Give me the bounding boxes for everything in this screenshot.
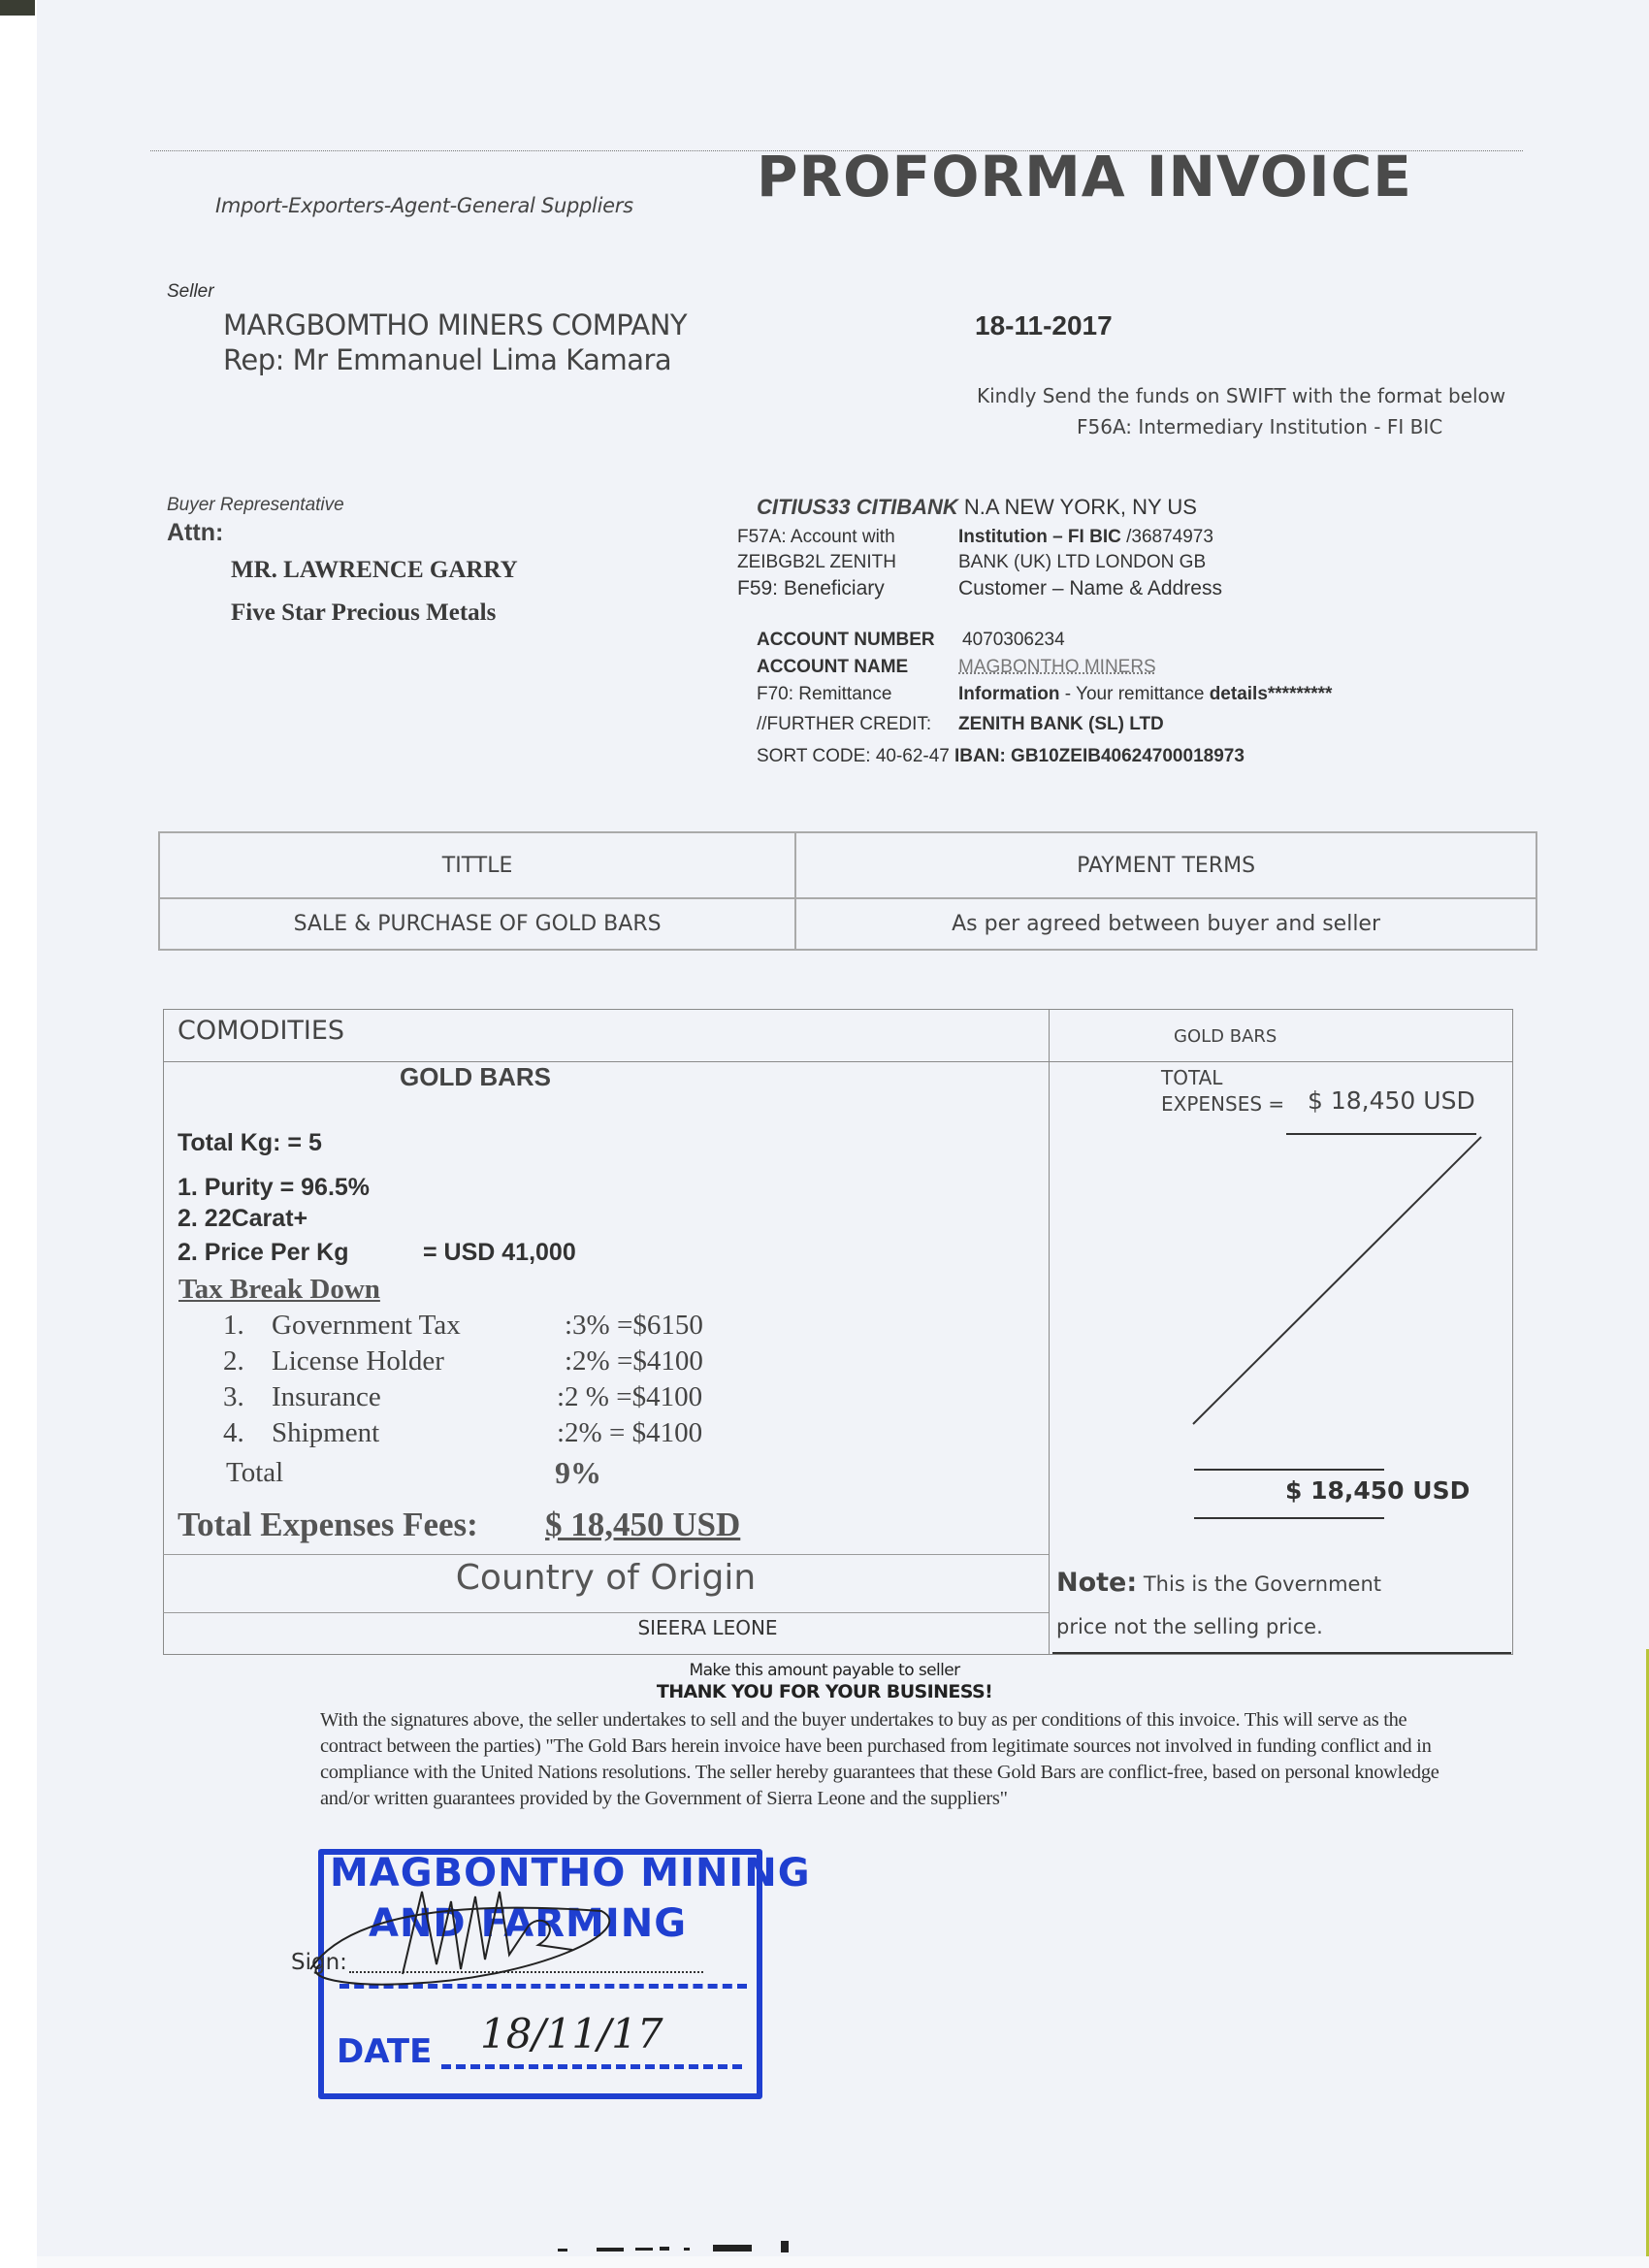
bank-key: ACCOUNT NUMBER (757, 630, 935, 651)
seller-rep: Rep: Mr Emmanuel Lima Kamara (223, 343, 671, 376)
bank-key: F59: Beneficiary (737, 577, 885, 600)
total-expenses-label: TOTAL EXPENSES = (1161, 1065, 1284, 1118)
terms-value-row: SALE & PURCHASE OF GOLD BARS As per agre… (159, 898, 1536, 950)
swift-f56a: F56A: Intermediary Institution - FI BIC (1077, 415, 1442, 438)
bank-value: ZENITH BANK (SL) LTD (958, 714, 1164, 735)
origin-value: SIEERA LEONE (163, 1616, 1049, 1639)
tax-row: 3.Insurance :2 % =$4100 (223, 1381, 381, 1413)
final-total: $ 18,450 USD (1285, 1476, 1470, 1505)
terms-table: TITTLE PAYMENT TERMS SALE & PURCHASE OF … (158, 831, 1537, 951)
seller-label: Seller (167, 281, 214, 303)
scan-artifact (0, 0, 35, 16)
header-payment-terms: PAYMENT TERMS (795, 832, 1536, 898)
commodities-divider (1049, 1009, 1050, 1655)
thank-you: THANK YOU FOR YOUR BUSINESS! (0, 1681, 1649, 1702)
tax-total-percent: 9% (555, 1455, 601, 1491)
bank-key: F70: Remittance (757, 684, 891, 705)
tax-row: 4.Shipment :2% = $4100 (223, 1417, 379, 1449)
bank-value: Information - Your remittance details***… (958, 684, 1332, 705)
buyer-company: Five Star Precious Metals (231, 599, 496, 627)
diagonal-strike-line (1164, 1125, 1484, 1436)
bank-value: Customer – Name & Address (958, 577, 1222, 600)
tax-breakdown-heading: Tax Break Down (178, 1274, 380, 1306)
bank-key: ZEIBGB2L ZENITH (737, 552, 896, 573)
swift-note: Kindly Send the funds on SWIFT with the … (977, 384, 1505, 407)
payable-note: Make this amount payable to seller (0, 1661, 1649, 1680)
total-expenses-value: $ 18,450 USD (1308, 1086, 1475, 1115)
total-fees-label: Total Expenses Fees: (178, 1506, 478, 1544)
origin-label: Country of Origin (163, 1558, 1049, 1598)
company-tagline: Import-Exporters-Agent-General Suppliers (215, 194, 633, 217)
stamp-date-line (441, 2064, 742, 2069)
spec-price-per-kg: 2. Price Per Kg (178, 1239, 348, 1267)
origin-rule (163, 1612, 1049, 1613)
summary-rule (1194, 1469, 1384, 1471)
terms-header-row: TITTLE PAYMENT TERMS (159, 832, 1536, 898)
commodities-title: COMODITIES (178, 1016, 344, 1046)
document-title: PROFORMA INVOICE (757, 144, 1412, 210)
seller-company: MARGBOMTHO MINERS COMPANY (223, 308, 687, 341)
stamp-date-label: DATE (337, 2032, 432, 2071)
tax-row: 2.License Holder :2% =$4100 (223, 1345, 444, 1377)
title-value: SALE & PURCHASE OF GOLD BARS (159, 898, 795, 950)
bank-key: //FURTHER CREDIT: (757, 714, 931, 735)
tax-total-label: Total (226, 1457, 283, 1489)
contract-terms: With the signatures above, the seller un… (320, 1707, 1445, 1812)
handwritten-signature (291, 1872, 621, 1998)
account-name: MAGBONTHO MINERS (958, 657, 1156, 678)
buyer-label: Buyer Representative (167, 495, 344, 516)
spec-carat: 2. 22Carat+ (178, 1205, 307, 1233)
correspondent-bank: CITIUS33 CITIBANK N.A NEW YORK, NY US (757, 495, 1197, 520)
spec-price-value: = USD 41,000 (423, 1239, 576, 1267)
spec-purity: 1. Purity = 96.5% (178, 1174, 370, 1202)
scan-smudge (538, 2239, 907, 2258)
bank-value: BANK (UK) LTD LONDON GB (958, 552, 1206, 573)
header-title: TITTLE (159, 832, 795, 898)
iban: IBAN: GB10ZEIB40624700018973 (954, 746, 1245, 767)
bank-code: CITIUS33 CITIBANK (757, 495, 958, 519)
handwritten-date: 18/11/17 (480, 2010, 663, 2057)
invoice-date: 18-11-2017 (975, 310, 1113, 341)
commodities-header-rule (163, 1061, 1513, 1062)
buyer-name: MR. LAWRENCE GARRY (231, 557, 518, 584)
note-line-1: Note: This is the Government (1056, 1568, 1381, 1598)
bank-value: Institution – FI BIC /36874973 (958, 527, 1213, 548)
bank-key: F57A: Account with (737, 527, 895, 548)
spec-total-kg: Total Kg: = 5 (178, 1129, 322, 1157)
product-heading: GOLD BARS (400, 1062, 551, 1092)
bank-key: ACCOUNT NAME (757, 657, 908, 678)
summary-product: GOLD BARS (1174, 1026, 1277, 1047)
note-line-2: price not the selling price. (1056, 1615, 1323, 1638)
attn-label: Attn: (167, 519, 223, 547)
note-rule (1052, 1652, 1511, 1654)
tax-row: 1.Government Tax :3% =$6150 (223, 1310, 461, 1342)
bank-location: N.A NEW YORK, NY US (958, 495, 1197, 519)
account-number: 4070306234 (962, 630, 1065, 651)
scan-margin (0, 0, 37, 2268)
payment-terms-value: As per agreed between buyer and seller (795, 898, 1536, 950)
summary-rule (1194, 1517, 1384, 1519)
total-fees-value: $ 18,450 USD (545, 1506, 740, 1544)
sort-code: SORT CODE: 40-62-47 (757, 746, 950, 767)
origin-rule (163, 1554, 1049, 1555)
